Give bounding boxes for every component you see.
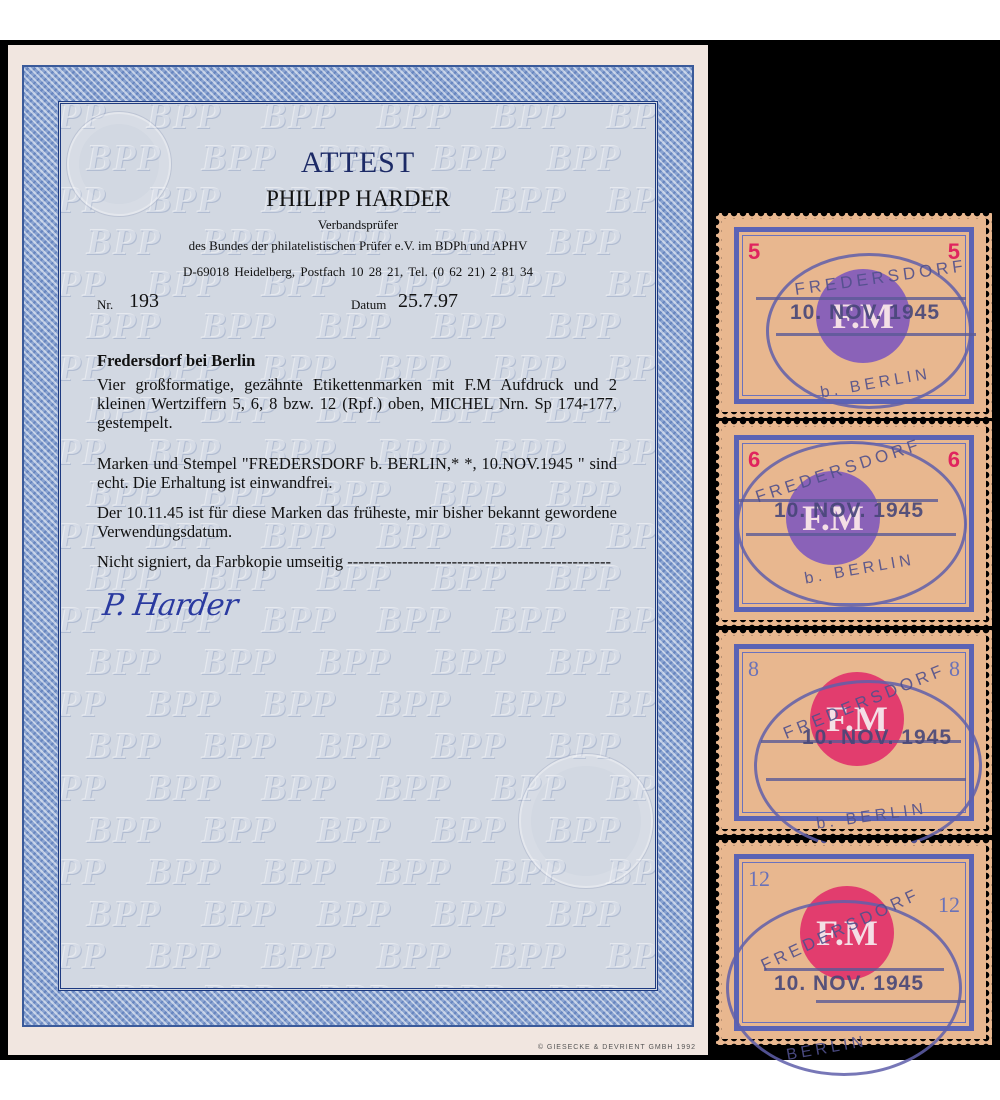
value-numeral-left: 8 — [748, 656, 759, 682]
attest-title: ATTEST — [61, 146, 655, 180]
attest-certificate: BPPBPPBPPBPPBPPBPPBPPBPPBPPBPPBPPBPPBPPB… — [8, 45, 708, 1055]
certificate-field: BPPBPPBPPBPPBPPBPPBPPBPPBPPBPPBPPBPPBPPB… — [58, 101, 658, 991]
postmark-date: 10. NOV. 1945 — [774, 972, 924, 996]
value-numeral-right: 8 — [949, 656, 960, 682]
postmark-bar — [776, 333, 976, 336]
postmark-bar — [816, 1000, 966, 1003]
date-label: Datum — [351, 297, 386, 313]
description-paragraph: Vier großformatige, gezähnte Etikettenma… — [97, 375, 617, 432]
value-numeral-right: 6 — [948, 447, 960, 473]
examiner-role: Verbandsprüfer — [61, 217, 655, 233]
postmark-date: 10. NOV. 1945 — [802, 726, 952, 750]
postmark-bar — [756, 297, 966, 300]
copyright-notice: © GIESECKE & DEVRIENT GMBH 1992 — [538, 1044, 696, 1051]
stamp-8-rpf: 88F.MFREDERSDORF10. NOV. 1945b. BERLIN — [716, 630, 992, 835]
stamp-6-rpf: 66F.MFREDERSDORF10. NOV. 1945b. BERLIN — [716, 421, 992, 626]
certificate-number: 193 — [129, 290, 159, 313]
value-numeral-left: 12 — [748, 866, 770, 892]
postmark-bar — [746, 533, 956, 536]
value-numeral-left: 6 — [748, 447, 760, 473]
postmark-bar — [766, 778, 966, 781]
guilloche-border: BPPBPPBPPBPPBPPBPPBPPBPPBPPBPPBPPBPPBPPB… — [22, 65, 694, 1027]
postmark-date: 10. NOV. 1945 — [774, 499, 924, 523]
earliest-date-paragraph: Der 10.11.45 ist für diese Marken das fr… — [97, 503, 617, 541]
postmark-bar — [764, 968, 944, 971]
number-label: Nr. — [97, 297, 113, 313]
unsigned-note: Nicht signiert, da Farbkopie umseitig --… — [97, 552, 617, 571]
certificate-date: 25.7.97 — [398, 290, 458, 313]
value-numeral-right: 12 — [938, 892, 960, 918]
postmark-date: 10. NOV. 1945 — [790, 301, 940, 325]
stamp-12-rpf: 1212F.MFREDERSDORF10. NOV. 1945BERLIN — [716, 840, 992, 1045]
subject-heading: Fredersdorf bei Berlin — [97, 351, 617, 370]
association-line: des Bundes der philatelistischen Prüfer … — [61, 238, 655, 254]
authenticity-paragraph: Marken und Stempel "FREDERSDORF b. BERLI… — [97, 454, 617, 492]
value-numeral-left: 5 — [748, 239, 760, 265]
stamp-5-rpf: 55F.MFREDERSDORF10. NOV. 1945b. BERLIN — [716, 213, 992, 418]
signature: P. Harder — [101, 588, 240, 623]
examiner-name: PHILIPP HARDER — [61, 186, 655, 212]
address-line: D-69018 Heidelberg, Postfach 10 28 21, T… — [61, 264, 655, 280]
